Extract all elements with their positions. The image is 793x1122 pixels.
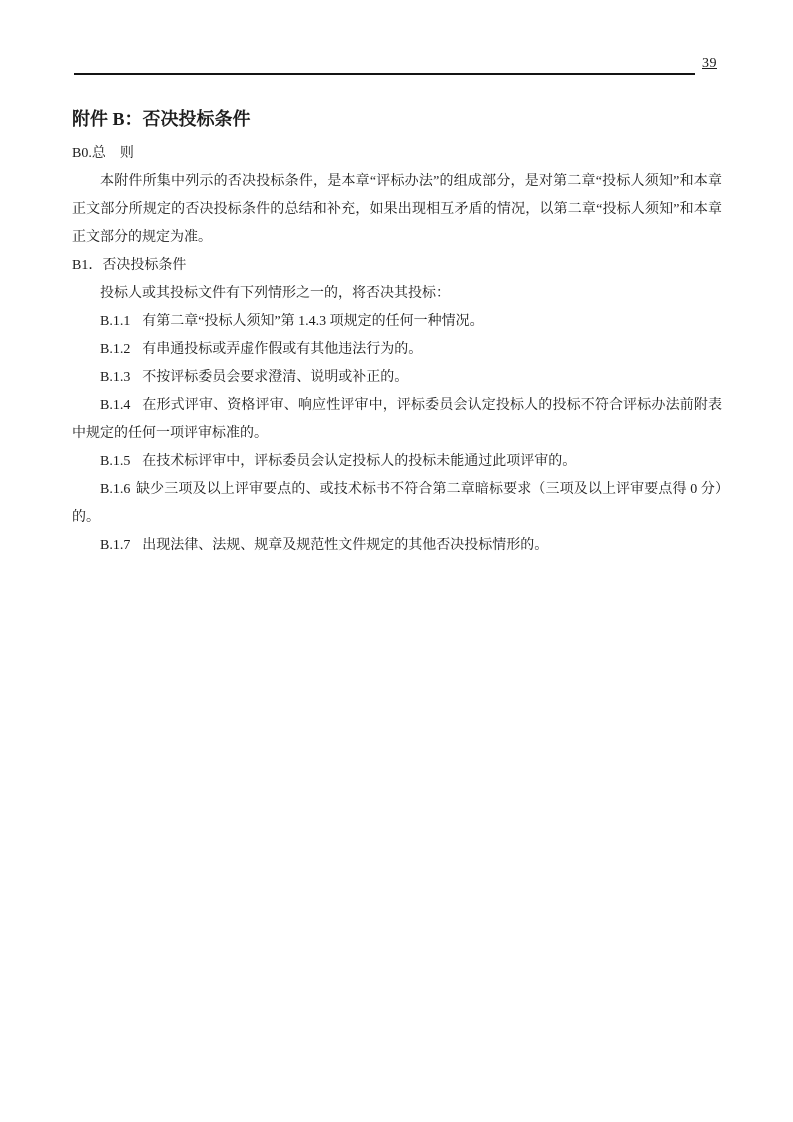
- document-page: 39 附件 B：否决投标条件 B0.总 则 本附件所集中列示的否决投标条件，是本…: [0, 0, 793, 1122]
- list-item-b114: B.1.4在形式评审、资格评审、响应性评审中，评标委员会认定投标人的投标不符合评…: [72, 392, 722, 448]
- page-number: 39: [702, 56, 717, 72]
- item-text: 出现法律、法规、规章及规范性文件规定的其他否决投标情形的。: [142, 538, 548, 553]
- section-b1-heading: B1．否决投标条件: [72, 252, 722, 280]
- list-item-b112: B.1.2有串通投标或弄虚作假或有其他违法行为的。: [72, 336, 722, 364]
- item-label: B.1.3: [100, 370, 130, 385]
- item-label: B.1.4: [100, 398, 130, 413]
- list-item-b116: B.1.6缺少三项及以上评审要点的、或技术标书不符合第二章暗标要求（三项及以上评…: [72, 476, 722, 532]
- section-b0-heading: B0.总 则: [72, 140, 722, 168]
- item-text: 缺少三项及以上评审要点的、或技术标书不符合第二章暗标要求（三项及以上评审要点得 …: [72, 482, 722, 525]
- item-label: B.1.6: [100, 482, 130, 497]
- item-label: B.1.7: [100, 538, 130, 553]
- list-item-b111: B.1.1有第二章“投标人须知”第 1.4.3 项规定的任何一种情况。: [72, 308, 722, 336]
- item-text: 有串通投标或弄虚作假或有其他违法行为的。: [142, 342, 422, 357]
- document-content: 附件 B：否决投标条件 B0.总 则 本附件所集中列示的否决投标条件，是本章“评…: [72, 106, 722, 560]
- section-b1-intro: 投标人或其投标文件有下列情形之一的，将否决其投标：: [72, 280, 722, 308]
- item-text: 有第二章“投标人须知”第 1.4.3 项规定的任何一种情况。: [142, 314, 483, 329]
- item-label: B.1.1: [100, 314, 130, 329]
- item-label: B.1.5: [100, 454, 130, 469]
- item-label: B.1.2: [100, 342, 130, 357]
- item-text: 在形式评审、资格评审、响应性评审中，评标委员会认定投标人的投标不符合评标办法前附…: [72, 398, 722, 441]
- item-text: 不按评标委员会要求澄清、说明或补正的。: [142, 370, 408, 385]
- header-rule: [74, 73, 695, 75]
- item-text: 在技术标评审中，评标委员会认定投标人的投标未能通过此项评审的。: [142, 454, 576, 469]
- list-item-b117: B.1.7出现法律、法规、规章及规范性文件规定的其他否决投标情形的。: [72, 532, 722, 560]
- section-b0-paragraph: 本附件所集中列示的否决投标条件，是本章“评标办法”的组成部分，是对第二章“投标人…: [72, 168, 722, 252]
- list-item-b113: B.1.3不按评标委员会要求澄清、说明或补正的。: [72, 364, 722, 392]
- document-title: 附件 B：否决投标条件: [72, 106, 722, 132]
- list-item-b115: B.1.5在技术标评审中，评标委员会认定投标人的投标未能通过此项评审的。: [72, 448, 722, 476]
